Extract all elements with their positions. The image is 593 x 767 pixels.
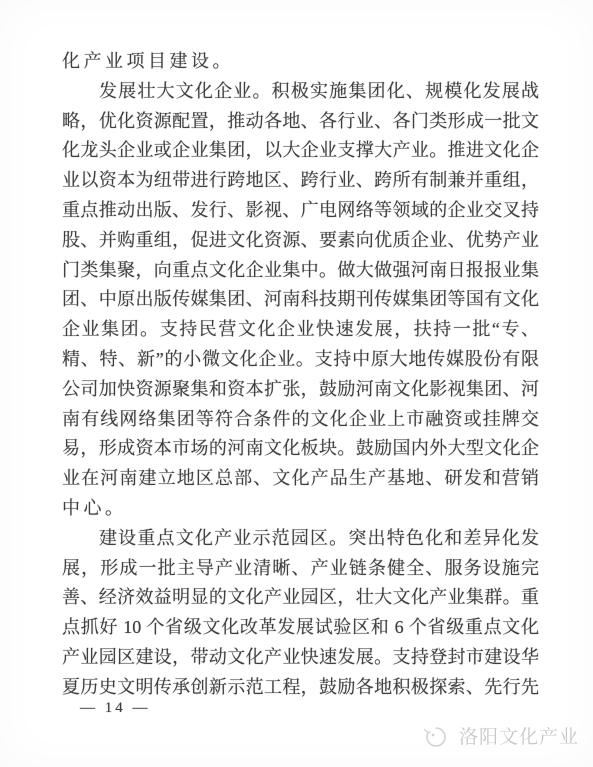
text-line: 重点推动出版、发行、影视、广电网络等领域的企业交叉持 bbox=[62, 196, 539, 226]
watermark-label: 洛阳文化产业 bbox=[459, 722, 579, 749]
page-number: — 14 — bbox=[80, 700, 151, 717]
text-line: 门类集聚，向重点文化企业集中。做大做强河南日报报业集 bbox=[62, 256, 539, 286]
text-line: 中心。 bbox=[62, 494, 539, 524]
text-line: 产业园区建设，带动文化产业快速发展。支持登封市建设华 bbox=[62, 643, 539, 673]
scanned-document-page: 化产业项目建设。 发展壮大文化企业。积极实施集团化、规模化发展战 略，优化资源配… bbox=[0, 0, 593, 767]
circular-swirl-logo-icon bbox=[420, 723, 450, 749]
text-line: 略，优化资源配置，推动各地、各行业、各门类形成一批文 bbox=[62, 107, 539, 137]
text-line: 业以资本为纽带进行跨地区、跨行业、跨所有制兼并重组， bbox=[62, 166, 539, 196]
document-body-text: 化产业项目建设。 发展壮大文化企业。积极实施集团化、规模化发展战 略，优化资源配… bbox=[62, 47, 539, 703]
text-line: 精、特、新”的小微文化企业。支持中原大地传媒股份有限 bbox=[62, 345, 539, 375]
text-line: 业在河南建立地区总部、文化产品生产基地、研发和营销 bbox=[62, 464, 539, 494]
text-line: 化产业项目建设。 bbox=[62, 47, 539, 77]
text-line: 建设重点文化产业示范园区。突出特色化和差异化发 bbox=[62, 524, 539, 554]
text-line: 公司加快资源聚集和资本扩张，鼓励河南文化影视集团、河 bbox=[62, 375, 539, 405]
text-line: 善、经济效益明显的文化产业园区，壮大文化产业集群。重 bbox=[62, 583, 539, 613]
text-line: 发展壮大文化企业。积极实施集团化、规模化发展战 bbox=[62, 77, 539, 107]
text-line: 南有线网络集团等符合条件的文化企业上市融资或挂牌交 bbox=[62, 405, 539, 435]
watermark: 洛阳文化产业 bbox=[420, 722, 579, 749]
text-line: 夏历史文明传承创新示范工程，鼓励各地积极探索、先行先 bbox=[62, 673, 539, 703]
text-line: 团、中原出版传媒集团、河南科技期刊传媒集团等国有文化 bbox=[62, 285, 539, 315]
text-line: 股、并购重组，促进文化资源、要素向优质企业、优势产业 bbox=[62, 226, 539, 256]
text-line: 易，形成资本市场的河南文化板块。鼓励国内外大型文化企 bbox=[62, 434, 539, 464]
text-line: 企业集团。支持民营文化企业快速发展，扶持一批“专、 bbox=[62, 315, 539, 345]
text-line: 展，形成一批主导产业清晰、产业链条健全、服务设施完 bbox=[62, 554, 539, 584]
text-line: 化龙头企业或企业集团，以大企业支撑大产业。推进文化企 bbox=[62, 136, 539, 166]
text-line: 点抓好 10 个省级文化改革发展试验区和 6 个省级重点文化 bbox=[62, 613, 539, 643]
